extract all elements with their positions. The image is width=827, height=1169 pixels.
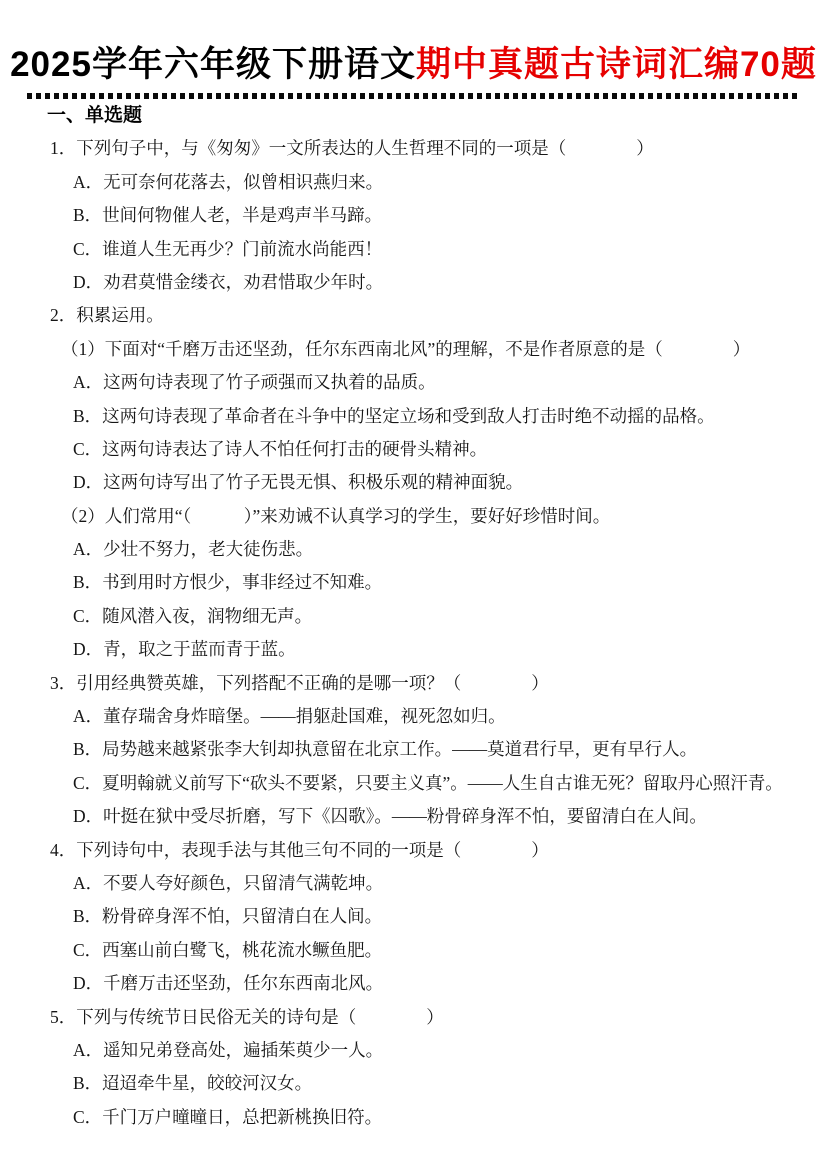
question-2-1-option-d: D．这两句诗写出了竹子无畏无惧、积极乐观的精神面貌。 [0, 466, 827, 499]
question-1: 1．下列句子中，与《匆匆》一文所表达的人生哲理不同的一项是（ ） [0, 132, 827, 165]
question-2-1-option-b: B．这两句诗表现了革命者在斗争中的坚定立场和受到敌人打击时绝不动摇的品格。 [0, 400, 827, 433]
section-heading-single-choice: 一、单选题 [0, 99, 827, 132]
question-3-option-b: B．局势越来越紧张李大钊却执意留在北京工作。——莫道君行早，更有早行人。 [0, 733, 827, 766]
question-2-sub-2: （2）人们常用“（ ）”来劝诫不认真学习的学生，要好好珍惜时间。 [0, 500, 827, 533]
question-4-option-b: B．粉骨碎身浑不怕，只留清白在人间。 [0, 900, 827, 933]
question-5-option-a: A．遥知兄弟登高处，遍插茱萸少一人。 [0, 1034, 827, 1067]
question-2-2-option-b: B．书到用时方恨少，事非经过不知难。 [0, 566, 827, 599]
question-3-option-a: A．董存瑞舍身炸暗堡。——捐躯赴国难，视死忽如归。 [0, 700, 827, 733]
question-3: 3．引用经典赞英雄，下列搭配不正确的是哪一项？（ ） [0, 667, 827, 700]
question-5: 5．下列与传统节日民俗无关的诗句是（ ） [0, 1001, 827, 1034]
question-1-option-d: D．劝君莫惜金缕衣，劝君惜取少年时。 [0, 266, 827, 299]
question-5-option-b: B．迢迢牵牛星，皎皎河汉女。 [0, 1067, 827, 1100]
page-title: 2025学年六年级下册语文期中真题古诗词汇编70题 [0, 0, 827, 86]
question-2-2-option-d: D．青，取之于蓝而青于蓝。 [0, 633, 827, 666]
question-2-1-option-c: C．这两句诗表达了诗人不怕任何打击的硬骨头精神。 [0, 433, 827, 466]
question-2-1-option-a: A．这两句诗表现了竹子顽强而又执着的品质。 [0, 366, 827, 399]
question-4-option-c: C．西塞山前白鹭飞，桃花流水鳜鱼肥。 [0, 934, 827, 967]
page-title-red-part: 期中真题古诗词汇编70题 [416, 45, 817, 84]
document-body: 一、单选题 1．下列句子中，与《匆匆》一文所表达的人生哲理不同的一项是（ ） A… [0, 99, 827, 1134]
question-3-option-d: D．叶挺在狱中受尽折磨，写下《囚歌》。——粉骨碎身浑不怕，要留清白在人间。 [0, 800, 827, 833]
question-2-2-option-c: C．随风潜入夜，润物细无声。 [0, 600, 827, 633]
exam-document-page: 2025学年六年级下册语文期中真题古诗词汇编70题 一、单选题 1．下列句子中，… [0, 0, 827, 1169]
question-2-2-option-a: A．少壮不努力，老大徒伤悲。 [0, 533, 827, 566]
question-1-option-c: C．谁道人生无再少？门前流水尚能西！ [0, 233, 827, 266]
question-1-option-b: B．世间何物催人老，半是鸡声半马蹄。 [0, 199, 827, 232]
question-3-option-c: C．夏明翰就义前写下“砍头不要紧，只要主义真”。——人生自古谁无死？留取丹心照汗… [0, 767, 827, 800]
question-4: 4．下列诗句中，表现手法与其他三句不同的一项是（ ） [0, 834, 827, 867]
question-2: 2．积累运用。 [0, 299, 827, 332]
page-title-black-part: 2025学年六年级下册语文 [10, 45, 416, 84]
question-5-option-c: C．千门万户曈曈日，总把新桃换旧符。 [0, 1101, 827, 1134]
question-4-option-d: D．千磨万击还坚劲，任尔东西南北风。 [0, 967, 827, 1000]
question-1-option-a: A．无可奈何花落去，似曾相识燕归来。 [0, 166, 827, 199]
question-2-sub-1: （1）下面对“千磨万击还坚劲，任尔东西南北风”的理解，不是作者原意的是（ ） [0, 333, 827, 366]
question-4-option-a: A．不要人夸好颜色，只留清气满乾坤。 [0, 867, 827, 900]
